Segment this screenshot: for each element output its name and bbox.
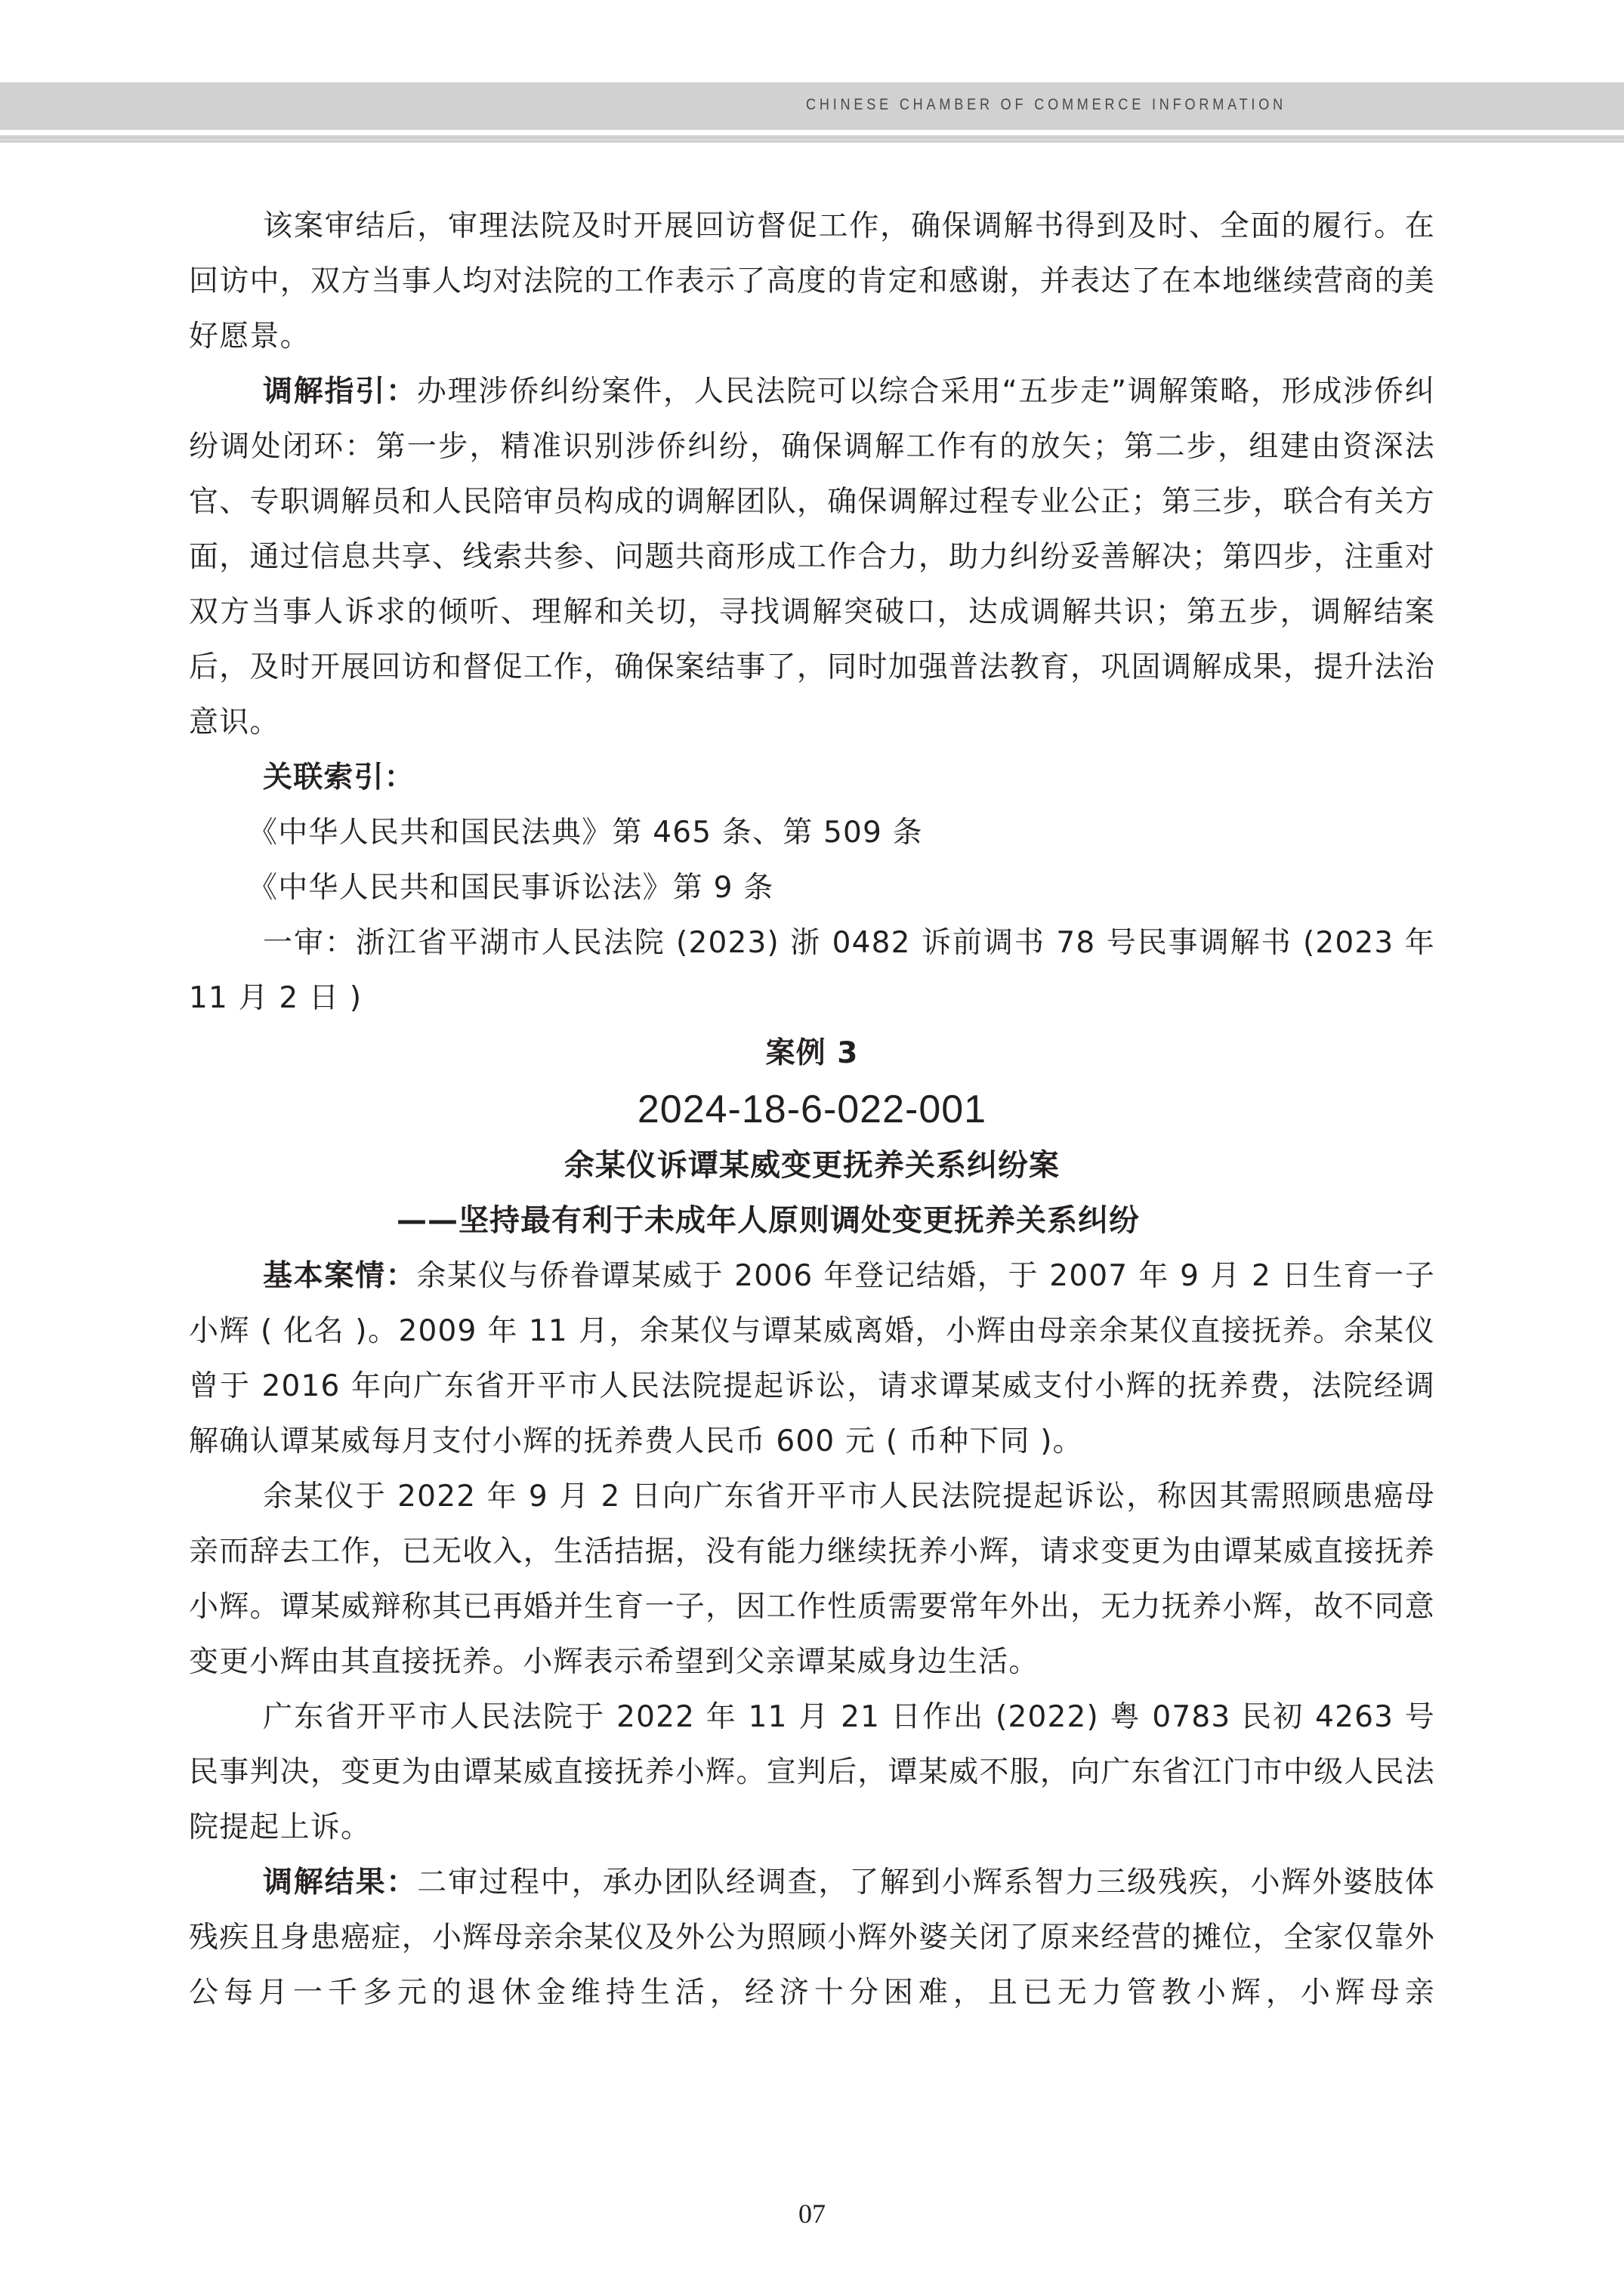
paragraph-first-judgment: 广东省开平市人民法院于 2022 年 11 月 21 日作出 (2022) 粤 … bbox=[189, 1690, 1435, 1855]
related-index-label: 关联索引： bbox=[263, 761, 415, 795]
paragraph-followup: 该案审结后，审理法院及时开展回访督促工作，确保调解书得到及时、全面的履行。在回访… bbox=[189, 199, 1435, 364]
paragraph-text: 办理涉侨纠纷案件，人民法院可以综合采用“五步走”调解策略，形成涉侨纠纷调处闭环：… bbox=[189, 375, 1435, 739]
basic-facts-label: 基本案情： bbox=[263, 1259, 416, 1293]
paragraph-mediation-guide: 调解指引：办理涉侨纠纷案件，人民法院可以综合采用“五步走”调解策略，形成涉侨纠纷… bbox=[189, 364, 1435, 750]
article-body: 该案审结后，审理法院及时开展回访督促工作，确保调解书得到及时、全面的履行。在回访… bbox=[189, 199, 1435, 2020]
citation-civil-code: 《中华人民共和国民法典》第 465 条、第 509 条 bbox=[248, 816, 923, 850]
paragraph-text: 余某仪于 2022 年 9 月 2 日向广东省开平市人民法院提起诉讼，称因其需照… bbox=[189, 1480, 1435, 1679]
mediation-result-label: 调解结果： bbox=[263, 1866, 417, 1900]
page-number: 07 bbox=[0, 2198, 1624, 2230]
related-index-item: 《中华人民共和国民法典》第 465 条、第 509 条 bbox=[189, 805, 1435, 860]
related-index-heading: 关联索引： bbox=[189, 750, 1435, 805]
citation-first-instance: 一审：浙江省平湖市人民法院 (2023) 浙 0482 诉前调书 78 号民事调… bbox=[189, 926, 1435, 1015]
paragraph-mediation-result: 调解结果：二审过程中，承办团队经调查，了解到小辉系智力三级残疾，小辉外婆肢体残疾… bbox=[189, 1855, 1435, 2020]
case-title: 余某仪诉谭某威变更抚养关系纠纷案 bbox=[189, 1138, 1435, 1193]
mediation-guide-label: 调解指引： bbox=[263, 375, 417, 409]
related-index-item: 一审：浙江省平湖市人民法院 (2023) 浙 0482 诉前调书 78 号民事调… bbox=[189, 915, 1435, 1026]
case-number: 2024-18-6-022-001 bbox=[189, 1081, 1435, 1138]
paragraph-text: 该案审结后，审理法院及时开展回访督促工作，确保调解书得到及时、全面的履行。在回访… bbox=[189, 209, 1435, 353]
case-label: 案例 3 bbox=[189, 1026, 1435, 1081]
related-index-item: 《中华人民共和国民事诉讼法》第 9 条 bbox=[189, 860, 1435, 915]
citation-civil-procedure-law: 《中华人民共和国民事诉讼法》第 9 条 bbox=[248, 871, 773, 905]
publication-header-title: CHINESE CHAMBER OF COMMERCE INFORMATION bbox=[806, 95, 1286, 115]
header-divider-stripe bbox=[0, 135, 1624, 143]
paragraph-text: 广东省开平市人民法院于 2022 年 11 月 21 日作出 (2022) 粤 … bbox=[189, 1700, 1435, 1844]
case-subtitle: ——坚持最有利于未成年人原则调处变更抚养关系纠纷 bbox=[189, 1193, 1435, 1248]
paragraph-lawsuit-2022: 余某仪于 2022 年 9 月 2 日向广东省开平市人民法院提起诉讼，称因其需照… bbox=[189, 1469, 1435, 1690]
paragraph-basic-facts: 基本案情：余某仪与侨眷谭某威于 2006 年登记结婚，于 2007 年 9 月 … bbox=[189, 1248, 1435, 1469]
